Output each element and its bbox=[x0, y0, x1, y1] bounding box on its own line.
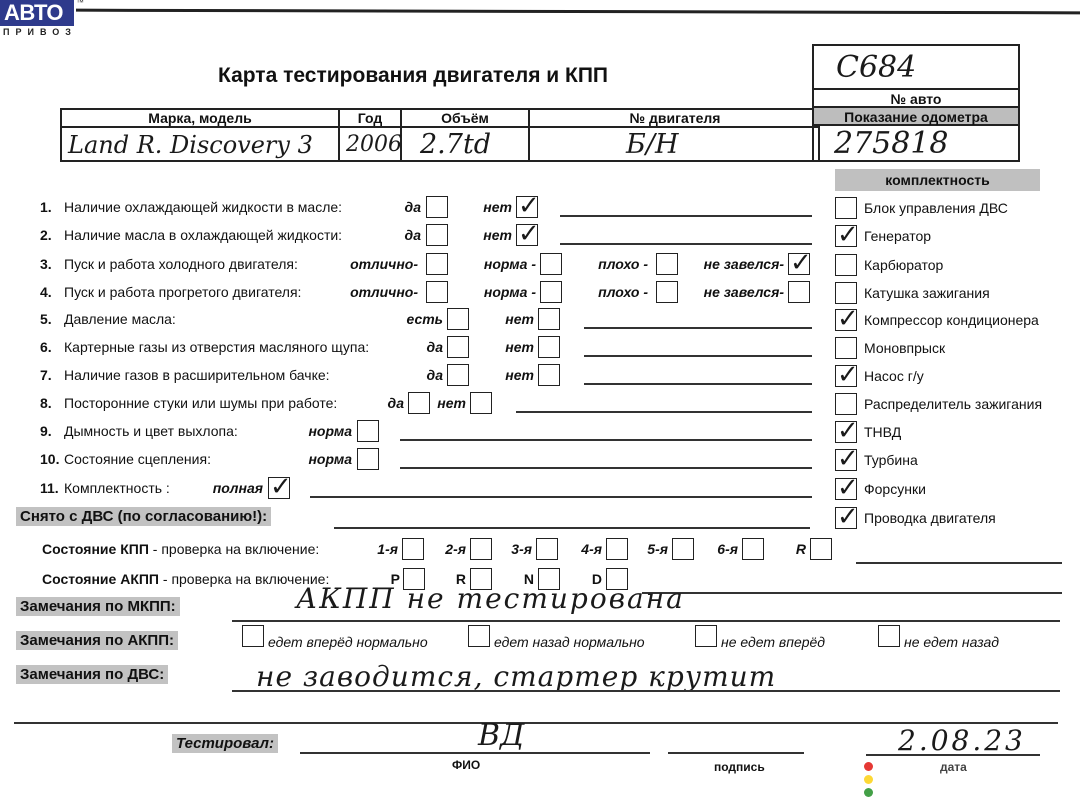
date-value[interactable]: 2.08.23 bbox=[898, 724, 1026, 757]
akpp-option-checkbox[interactable] bbox=[695, 625, 717, 647]
question-text: Наличие газов в расширительном бачке: bbox=[64, 367, 330, 383]
question-text: Комплектность : bbox=[64, 480, 170, 496]
option-checkbox[interactable] bbox=[447, 308, 469, 330]
option-checkbox[interactable] bbox=[538, 308, 560, 330]
page-title: Карта тестирования двигателя и КПП bbox=[218, 64, 608, 88]
top-rule bbox=[76, 9, 1080, 15]
option-label: нет bbox=[483, 199, 512, 215]
question-text: Картерные газы из отверстия масляного щу… bbox=[64, 339, 369, 355]
option-checkbox[interactable] bbox=[426, 281, 448, 303]
question-number: 4. bbox=[40, 284, 52, 300]
option-checkbox[interactable] bbox=[538, 364, 560, 386]
completeness-item-label: Блок управления ДВС bbox=[864, 200, 1008, 216]
gear-label: R bbox=[796, 541, 806, 557]
question-text: Пуск и работа прогретого двигателя: bbox=[64, 284, 301, 300]
option-checkbox[interactable] bbox=[656, 281, 678, 303]
option-checkbox[interactable] bbox=[540, 253, 562, 275]
completeness-item-label: Распределитель зажигания bbox=[864, 396, 1042, 412]
option-label: нет bbox=[505, 339, 534, 355]
question-number: 5. bbox=[40, 311, 52, 327]
manual_gearbox-title: Состояние КПП - проверка на включение: bbox=[42, 541, 319, 557]
question-number: 3. bbox=[40, 256, 52, 272]
gear-label: 5-я bbox=[647, 541, 668, 557]
year-value[interactable]: 2006 bbox=[340, 128, 400, 162]
option-label: полная bbox=[213, 480, 263, 496]
auto_gearbox-title: Состояние АКПП - проверка на включение: bbox=[42, 571, 329, 587]
option-label: не завелся- bbox=[704, 284, 784, 300]
option-checkbox[interactable] bbox=[426, 224, 448, 246]
completeness-checkbox[interactable] bbox=[835, 478, 857, 500]
gear-checkbox[interactable] bbox=[742, 538, 764, 560]
question-text: Наличие масла в охлаждающей жидкости: bbox=[64, 227, 342, 243]
manual_gearbox-title-bold: Состояние КПП bbox=[42, 541, 149, 557]
option-label: да bbox=[405, 199, 421, 215]
akpp-option-label: едет назад нормально bbox=[494, 634, 645, 650]
dvs-remarks-line bbox=[232, 690, 1060, 692]
gear-checkbox[interactable] bbox=[810, 538, 832, 560]
col-volume: Объём 2.7td bbox=[402, 110, 530, 160]
completeness-item-label: Проводка двигателя bbox=[864, 510, 996, 526]
answer-line[interactable] bbox=[560, 215, 812, 217]
option-label: не завелся- bbox=[704, 256, 784, 272]
tester-name-value[interactable]: ВД bbox=[478, 718, 524, 753]
name-caption: ФИО bbox=[452, 758, 480, 772]
gear-checkbox[interactable] bbox=[402, 538, 424, 560]
removed-line[interactable] bbox=[334, 527, 810, 529]
question-number: 10. bbox=[40, 451, 59, 467]
option-label: плохо - bbox=[598, 284, 648, 300]
option-label: да bbox=[405, 227, 421, 243]
make-model-value[interactable]: Land R. Discovery 3 bbox=[62, 128, 338, 162]
col-header: Год bbox=[340, 110, 400, 128]
option-checkbox[interactable] bbox=[470, 392, 492, 414]
mkpp-remarks-line bbox=[232, 620, 1060, 622]
tested-by-label: Тестировал: bbox=[172, 734, 278, 753]
answer-line[interactable] bbox=[584, 327, 812, 329]
answer-line[interactable] bbox=[400, 439, 812, 441]
option-label: норма - bbox=[484, 256, 536, 272]
gear-label: 1-я bbox=[377, 541, 398, 557]
mkpp-remarks-value[interactable]: АКПП не тестирована bbox=[296, 582, 685, 615]
option-label: есть bbox=[406, 311, 443, 327]
name-line bbox=[300, 752, 650, 754]
option-label: нет bbox=[437, 395, 466, 411]
completeness-item-label: Катушка зажигания bbox=[864, 285, 990, 301]
answer-line[interactable] bbox=[560, 243, 812, 245]
gear-label: 6-я bbox=[717, 541, 738, 557]
car-number-label: № авто bbox=[814, 90, 1018, 108]
gear-checkbox[interactable] bbox=[672, 538, 694, 560]
option-checkbox[interactable] bbox=[447, 364, 469, 386]
option-label: да bbox=[388, 395, 404, 411]
option-label: норма - bbox=[484, 284, 536, 300]
gear-checkbox[interactable] bbox=[606, 538, 628, 560]
col-header: Объём bbox=[402, 110, 528, 128]
col-engine-number: № двигателя Б/Н bbox=[530, 110, 820, 160]
completeness-item-label: Компрессор кондиционера bbox=[864, 312, 1039, 328]
completeness-item-label: Карбюратор bbox=[864, 257, 943, 273]
answer-line[interactable] bbox=[584, 355, 812, 357]
col-header: № двигателя bbox=[530, 110, 820, 128]
logo-subtitle: ПРИВОЗ bbox=[3, 27, 77, 37]
dvs-remarks-label: Замечания по ДВС: bbox=[16, 665, 168, 684]
question-number: 6. bbox=[40, 339, 52, 355]
option-checkbox[interactable] bbox=[788, 281, 810, 303]
option-label: да bbox=[427, 339, 443, 355]
option-checkbox[interactable] bbox=[268, 477, 290, 499]
question-number: 2. bbox=[40, 227, 52, 243]
date-caption: дата bbox=[940, 760, 967, 774]
completeness-item-label: ТНВД bbox=[864, 424, 901, 440]
question-number: 9. bbox=[40, 423, 52, 439]
signature-line bbox=[668, 752, 804, 754]
auto-gearbox-line[interactable] bbox=[642, 592, 1062, 594]
option-checkbox[interactable] bbox=[788, 253, 810, 275]
akpp-option-checkbox[interactable] bbox=[878, 625, 900, 647]
question-text: Посторонние стуки или шумы при работе: bbox=[64, 395, 337, 411]
gear-label: 3-я bbox=[511, 541, 532, 557]
question-text: Давление масла: bbox=[64, 311, 176, 327]
option-label: норма bbox=[308, 423, 352, 439]
completeness-checkbox[interactable] bbox=[835, 254, 857, 276]
completeness-checkbox[interactable] bbox=[835, 225, 857, 247]
question-number: 11. bbox=[40, 480, 59, 496]
completeness-checkbox[interactable] bbox=[835, 449, 857, 471]
question-number: 7. bbox=[40, 367, 52, 383]
col-header: Марка, модель bbox=[62, 110, 338, 128]
auto_gearbox-title-bold: Состояние АКПП bbox=[42, 571, 159, 587]
akpp-option-label: не едет назад bbox=[904, 634, 999, 650]
option-checkbox[interactable] bbox=[426, 253, 448, 275]
option-checkbox[interactable] bbox=[357, 420, 379, 442]
question-text: Дымность и цвет выхлопа: bbox=[64, 423, 238, 439]
question-number: 1. bbox=[40, 199, 52, 215]
completeness-checkbox[interactable] bbox=[835, 282, 857, 304]
option-checkbox[interactable] bbox=[540, 281, 562, 303]
completeness-item-label: Насос г/у bbox=[864, 368, 924, 384]
akpp-option-label: едет вперёд нормально bbox=[268, 634, 428, 650]
engine-number-value[interactable]: Б/Н bbox=[530, 128, 820, 162]
manual_gearbox-title-rest: - проверка на включение: bbox=[149, 541, 319, 557]
car-number-box: C684 № авто Показание одометра 275818 bbox=[812, 44, 1020, 162]
completeness-item-label: Генератор bbox=[864, 228, 931, 244]
completeness-item-label: Моновпрыск bbox=[864, 340, 945, 356]
question-text: Пуск и работа холодного двигателя: bbox=[64, 256, 298, 272]
option-label: нет bbox=[505, 311, 534, 327]
completeness-item-label: Форсунки bbox=[864, 481, 926, 497]
option-checkbox[interactable] bbox=[538, 336, 560, 358]
option-checkbox[interactable] bbox=[516, 196, 538, 218]
car-number-value[interactable]: C684 bbox=[814, 46, 1018, 90]
akpp-option-checkbox[interactable] bbox=[468, 625, 490, 647]
status-dot bbox=[864, 762, 873, 771]
date-line bbox=[866, 754, 1040, 756]
odometer-value[interactable]: 275818 bbox=[814, 126, 1018, 162]
volume-value[interactable]: 2.7td bbox=[402, 128, 528, 162]
logo-trademark: ™ bbox=[76, 0, 84, 7]
question-text: Наличие охлаждающей жидкости в масле: bbox=[64, 199, 342, 215]
col-year: Год 2006 bbox=[340, 110, 402, 160]
option-checkbox[interactable] bbox=[516, 224, 538, 246]
logo: АВТО bbox=[0, 0, 74, 26]
completeness-checkbox[interactable] bbox=[835, 337, 857, 359]
completeness-item-label: Турбина bbox=[864, 452, 918, 468]
option-label: отлично- bbox=[350, 256, 418, 272]
dvs-remarks-value[interactable]: не заводится, стартер крутит bbox=[256, 660, 776, 693]
mkpp-remarks-label: Замечания по МКПП: bbox=[16, 597, 180, 616]
akpp-option-checkbox[interactable] bbox=[242, 625, 264, 647]
option-checkbox[interactable] bbox=[656, 253, 678, 275]
status-dot bbox=[864, 788, 873, 797]
option-label: норма bbox=[308, 451, 352, 467]
option-checkbox[interactable] bbox=[357, 448, 379, 470]
option-label: нет bbox=[483, 227, 512, 243]
answer-line[interactable] bbox=[516, 411, 812, 413]
completeness-checkbox[interactable] bbox=[835, 365, 857, 387]
akpp-remarks-label: Замечания по АКПП: bbox=[16, 631, 178, 650]
answer-line[interactable] bbox=[400, 467, 812, 469]
question-text: Состояние сцепления: bbox=[64, 451, 211, 467]
option-label: плохо - bbox=[598, 256, 648, 272]
signature-caption: подпись bbox=[714, 760, 765, 774]
completeness-heading: комплектность bbox=[835, 169, 1040, 191]
completeness-checkbox[interactable] bbox=[835, 507, 857, 529]
option-checkbox[interactable] bbox=[447, 336, 469, 358]
completeness-checkbox[interactable] bbox=[835, 309, 857, 331]
manual-gearbox-line[interactable] bbox=[856, 562, 1062, 564]
answer-line[interactable] bbox=[310, 496, 812, 498]
question-number: 8. bbox=[40, 395, 52, 411]
vehicle-info-table: Марка, модель Land R. Discovery 3 Год 20… bbox=[60, 108, 820, 162]
col-make-model: Марка, модель Land R. Discovery 3 bbox=[62, 110, 340, 160]
removed-label: Снято с ДВС (по согласованию!): bbox=[16, 507, 271, 526]
option-label: да bbox=[427, 367, 443, 383]
option-checkbox[interactable] bbox=[426, 196, 448, 218]
gear-checkbox[interactable] bbox=[470, 538, 492, 560]
completeness-checkbox[interactable] bbox=[835, 421, 857, 443]
status-dot bbox=[864, 775, 873, 784]
gear-label: 4-я bbox=[581, 541, 602, 557]
option-label: нет bbox=[505, 367, 534, 383]
option-label: отлично- bbox=[350, 284, 418, 300]
akpp-option-label: не едет вперёд bbox=[721, 634, 825, 650]
completeness-checkbox[interactable] bbox=[835, 393, 857, 415]
gear-label: 2-я bbox=[445, 541, 466, 557]
odometer-label: Показание одометра bbox=[814, 108, 1018, 126]
answer-line[interactable] bbox=[584, 383, 812, 385]
option-checkbox[interactable] bbox=[408, 392, 430, 414]
gear-checkbox[interactable] bbox=[536, 538, 558, 560]
completeness-checkbox[interactable] bbox=[835, 197, 857, 219]
